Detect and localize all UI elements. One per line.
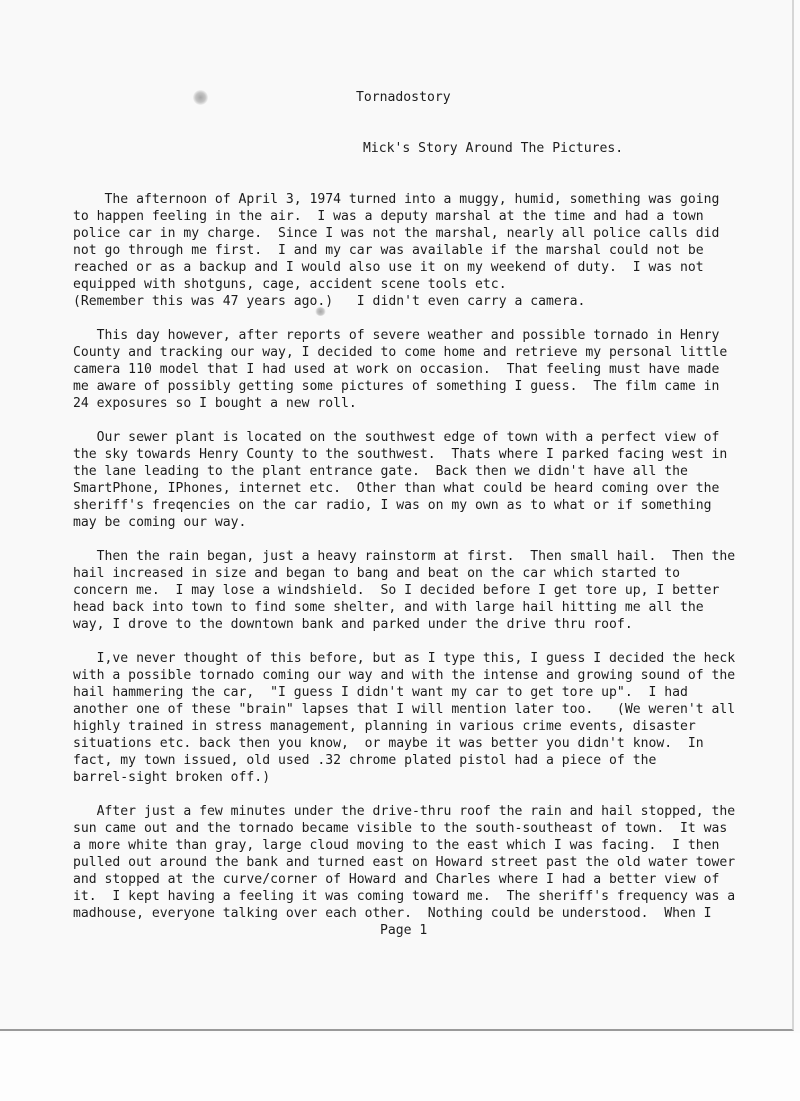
text-line: 24 exposures so I bought a new roll. [73,395,743,412]
text-line: head back into town to find some shelter… [73,599,743,616]
paragraph: I,ve never thought of this before, but a… [73,650,743,786]
text-line: highly trained in stress management, pla… [73,718,743,735]
text-line: fact, my town issued, old used .32 chrom… [73,752,743,769]
text-line: situations etc. back then you know, or m… [73,735,743,752]
text-line: with a possible tornado coming our way a… [73,667,743,684]
text-line: madhouse, everyone talking over each oth… [73,905,743,922]
paragraph: After just a few minutes under the drive… [73,803,743,922]
text-line: reached or as a backup and I would also … [73,259,743,276]
text-line: This day however, after reports of sever… [73,327,743,344]
document-body: The afternoon of April 3, 1974 turned in… [73,191,743,939]
text-line: equipped with shotguns, cage, accident s… [73,276,743,293]
text-line: barrel-sight broken off.) [73,769,743,786]
scanned-page: Tornadostory Mick's Story Around The Pic… [0,0,794,1031]
text-line: Then the rain began, just a heavy rainst… [73,548,743,565]
text-line: police car in my charge. Since I was not… [73,225,743,242]
text-line: a more white than gray, large cloud movi… [73,837,743,854]
text-line: concern me. I may lose a windshield. So … [73,582,743,599]
text-line: may be coming our way. [73,514,743,531]
text-line: sheriff's freqencies on the car radio, I… [73,497,743,514]
text-line: After just a few minutes under the drive… [73,803,743,820]
document-title: Tornadostory [356,90,451,105]
scanner-background [0,1033,800,1101]
smudge-mark [193,90,208,105]
paragraph: Then the rain began, just a heavy rainst… [73,548,743,633]
text-line: the lane leading to the plant entrance g… [73,463,743,480]
paragraph: This day however, after reports of sever… [73,327,743,412]
text-line: County and tracking our way, I decided t… [73,344,743,361]
text-line: camera 110 model that I had used at work… [73,361,743,378]
text-line: sun came out and the tornado became visi… [73,820,743,837]
text-line: hail hammering the car, "I guess I didn'… [73,684,743,701]
paragraph: The afternoon of April 3, 1974 turned in… [73,191,743,310]
page-number: Page 1 [380,923,427,938]
text-line: another one of these "brain" lapses that… [73,701,743,718]
document-subtitle: Mick's Story Around The Pictures. [363,141,623,156]
text-line: The afternoon of April 3, 1974 turned in… [73,191,743,208]
text-line: I,ve never thought of this before, but a… [73,650,743,667]
text-line: way, I drove to the downtown bank and pa… [73,616,743,633]
paragraph: Our sewer plant is located on the southw… [73,429,743,531]
text-line: SmartPhone, IPhones, internet etc. Other… [73,480,743,497]
text-line: the sky towards Henry County to the sout… [73,446,743,463]
text-line: (Remember this was 47 years ago.) I didn… [73,293,743,310]
text-line: to happen feeling in the air. I was a de… [73,208,743,225]
text-line: me aware of possibly getting some pictur… [73,378,743,395]
text-line: hail increased in size and began to bang… [73,565,743,582]
text-line: Our sewer plant is located on the southw… [73,429,743,446]
text-line: it. I kept having a feeling it was comin… [73,888,743,905]
text-line: and stopped at the curve/corner of Howar… [73,871,743,888]
text-line: pulled out around the bank and turned ea… [73,854,743,871]
text-line: not go through me first. I and my car wa… [73,242,743,259]
